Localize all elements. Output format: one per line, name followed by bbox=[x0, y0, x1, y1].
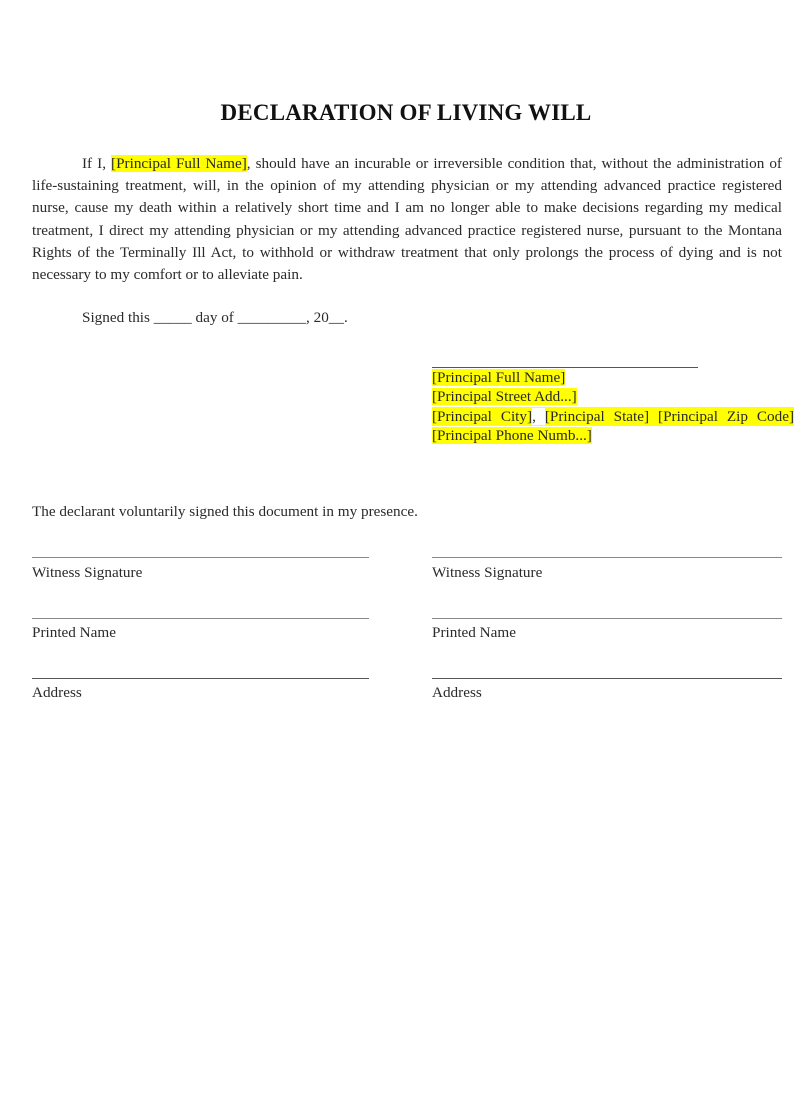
document-page: DECLARATION OF LIVING WILL If I, [Princi… bbox=[0, 0, 800, 1100]
principal-zip-field[interactable]: [Principal Zip Code] bbox=[658, 408, 794, 425]
document-title: DECLARATION OF LIVING WILL bbox=[0, 100, 800, 126]
principal-info-block: [Principal Full Name] [Principal Street … bbox=[432, 368, 794, 446]
declaration-paragraph: If I, [Principal Full Name], should have… bbox=[32, 153, 782, 286]
witness-1-signature-label: Witness Signature bbox=[32, 564, 142, 582]
witness-2-signature-label: Witness Signature bbox=[432, 564, 542, 582]
paragraph-prefix: If I, bbox=[82, 155, 111, 172]
witness-2-printed-name-label: Printed Name bbox=[432, 624, 516, 642]
principal-state-field[interactable]: [Principal State] bbox=[545, 408, 649, 425]
city-state-separator: , bbox=[532, 408, 545, 425]
witness-1-address-label: Address bbox=[32, 684, 82, 702]
signed-date-line[interactable]: Signed this _____ day of _________, 20__… bbox=[82, 309, 348, 327]
principal-city-state-zip-line: [Principal City], [Principal State] [Pri… bbox=[432, 407, 794, 426]
witness-2-address-line[interactable] bbox=[432, 678, 782, 679]
witness-2-signature-line[interactable] bbox=[432, 557, 782, 558]
principal-city-field[interactable]: [Principal City] bbox=[432, 408, 532, 425]
declarant-statement: The declarant voluntarily signed this do… bbox=[32, 503, 418, 521]
witness-1-printed-name-label: Printed Name bbox=[32, 624, 116, 642]
witness-2-address-label: Address bbox=[432, 684, 482, 702]
witness-1-printed-name-line[interactable] bbox=[32, 618, 369, 619]
principal-phone-field[interactable]: [Principal Phone Numb...] bbox=[432, 427, 592, 444]
witness-1-address-line[interactable] bbox=[32, 678, 369, 679]
paragraph-body: , should have an incurable or irreversib… bbox=[32, 155, 782, 283]
witness-2-printed-name-line[interactable] bbox=[432, 618, 782, 619]
principal-full-name-field[interactable]: [Principal Full Name] bbox=[432, 369, 565, 386]
principal-name-placeholder[interactable]: [Principal Full Name] bbox=[111, 155, 247, 172]
witness-1-signature-line[interactable] bbox=[32, 557, 369, 558]
principal-street-address-field[interactable]: [Principal Street Add...] bbox=[432, 388, 577, 405]
